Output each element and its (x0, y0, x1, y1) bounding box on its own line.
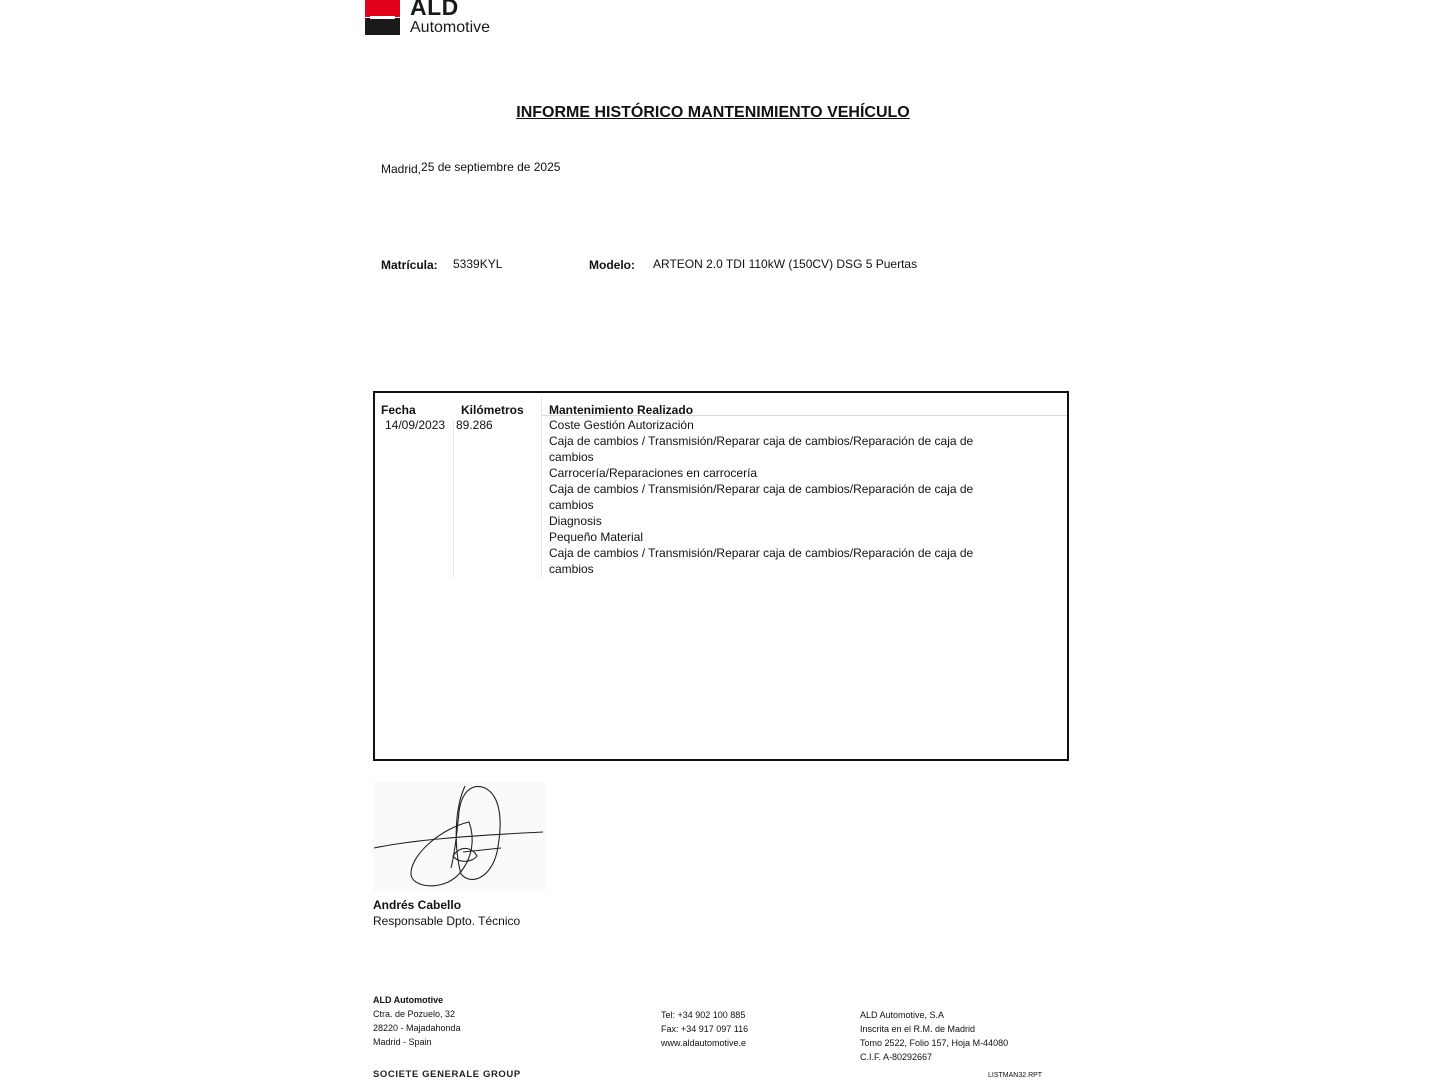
logo-subtitle: Automotive (410, 19, 490, 37)
signer-name: Andrés Cabello (373, 898, 461, 912)
column-separator (453, 421, 454, 577)
model-label: Modelo: (589, 258, 635, 272)
footer-legal-line: Inscrita en el R.M. de Madrid (860, 1022, 1008, 1036)
report-date: 25 de septiembre de 2025 (421, 160, 560, 174)
footer-address: ALD Automotive Ctra. de Pozuelo, 32 2822… (373, 993, 461, 1049)
signature-icon (373, 782, 545, 892)
plate-value: 5339KYL (453, 257, 502, 271)
maintenance-item: Diagnosis (549, 513, 989, 529)
column-separator (541, 397, 542, 577)
societe-generale-group: SOCIETE GENERALE GROUP (373, 1069, 521, 1080)
logo-title: ALD (410, 0, 459, 21)
report-code: LISTMAN32.RPT (988, 1072, 1042, 1079)
footer-legal: ALD Automotive, S.A Inscrita en el R.M. … (860, 1008, 1008, 1064)
footer-address-line: 28220 - Majadahonda (373, 1021, 461, 1035)
maintenance-item: Carrocería/Reparaciones en carrocería (549, 465, 989, 481)
maintenance-item: Caja de cambios / Transmisión/Reparar ca… (549, 481, 989, 513)
footer-company: ALD Automotive (373, 993, 461, 1007)
logo-mark-icon (365, 0, 400, 35)
footer-web-link[interactable]: www.aldautomotive.e (661, 1036, 748, 1050)
footer-legal-line: ALD Automotive, S.A (860, 1008, 1008, 1022)
model-value: ARTEON 2.0 TDI 110kW (150CV) DSG 5 Puert… (653, 257, 917, 271)
footer-tel: Tel: +34 902 100 885 (661, 1008, 748, 1022)
maintenance-items: Coste Gestión AutorizaciónCaja de cambio… (549, 417, 989, 577)
maintenance-item: Caja de cambios / Transmisión/Reparar ca… (549, 545, 989, 577)
footer-legal-line: Tomo 2522, Folio 157, Hoja M-44080 (860, 1036, 1008, 1050)
header-divider (542, 415, 1067, 416)
header-km: Kilómetros (461, 403, 524, 417)
footer-legal-line: C.I.F. A-80292667 (860, 1050, 1008, 1064)
maintenance-item: Coste Gestión Autorización (549, 417, 989, 433)
maintenance-item: Caja de cambios / Transmisión/Reparar ca… (549, 433, 989, 465)
report-title: INFORME HISTÓRICO MANTENIMIENTO VEHÍCULO (0, 104, 1426, 122)
footer-address-line: Madrid - Spain (373, 1035, 461, 1049)
signer-role: Responsable Dpto. Técnico (373, 914, 520, 928)
footer-address-line: Ctra. de Pozuelo, 32 (373, 1007, 461, 1021)
plate-label: Matrícula: (381, 258, 438, 272)
row-km: 89.286 (456, 417, 493, 433)
footer-contact: Tel: +34 902 100 885 Fax: +34 917 097 11… (661, 1008, 748, 1050)
place-date: Madrid,25 de septiembre de 2025 (381, 160, 560, 174)
signature-image (373, 782, 545, 892)
footer-fax: Fax: +34 917 097 116 (661, 1022, 748, 1036)
header-date: Fecha (381, 403, 416, 417)
place: Madrid, (381, 162, 421, 176)
maintenance-item: Pequeño Material (549, 529, 989, 545)
maintenance-table: Fecha Kilómetros Mantenimiento Realizado… (373, 391, 1069, 761)
row-date: 14/09/2023 (385, 417, 445, 433)
